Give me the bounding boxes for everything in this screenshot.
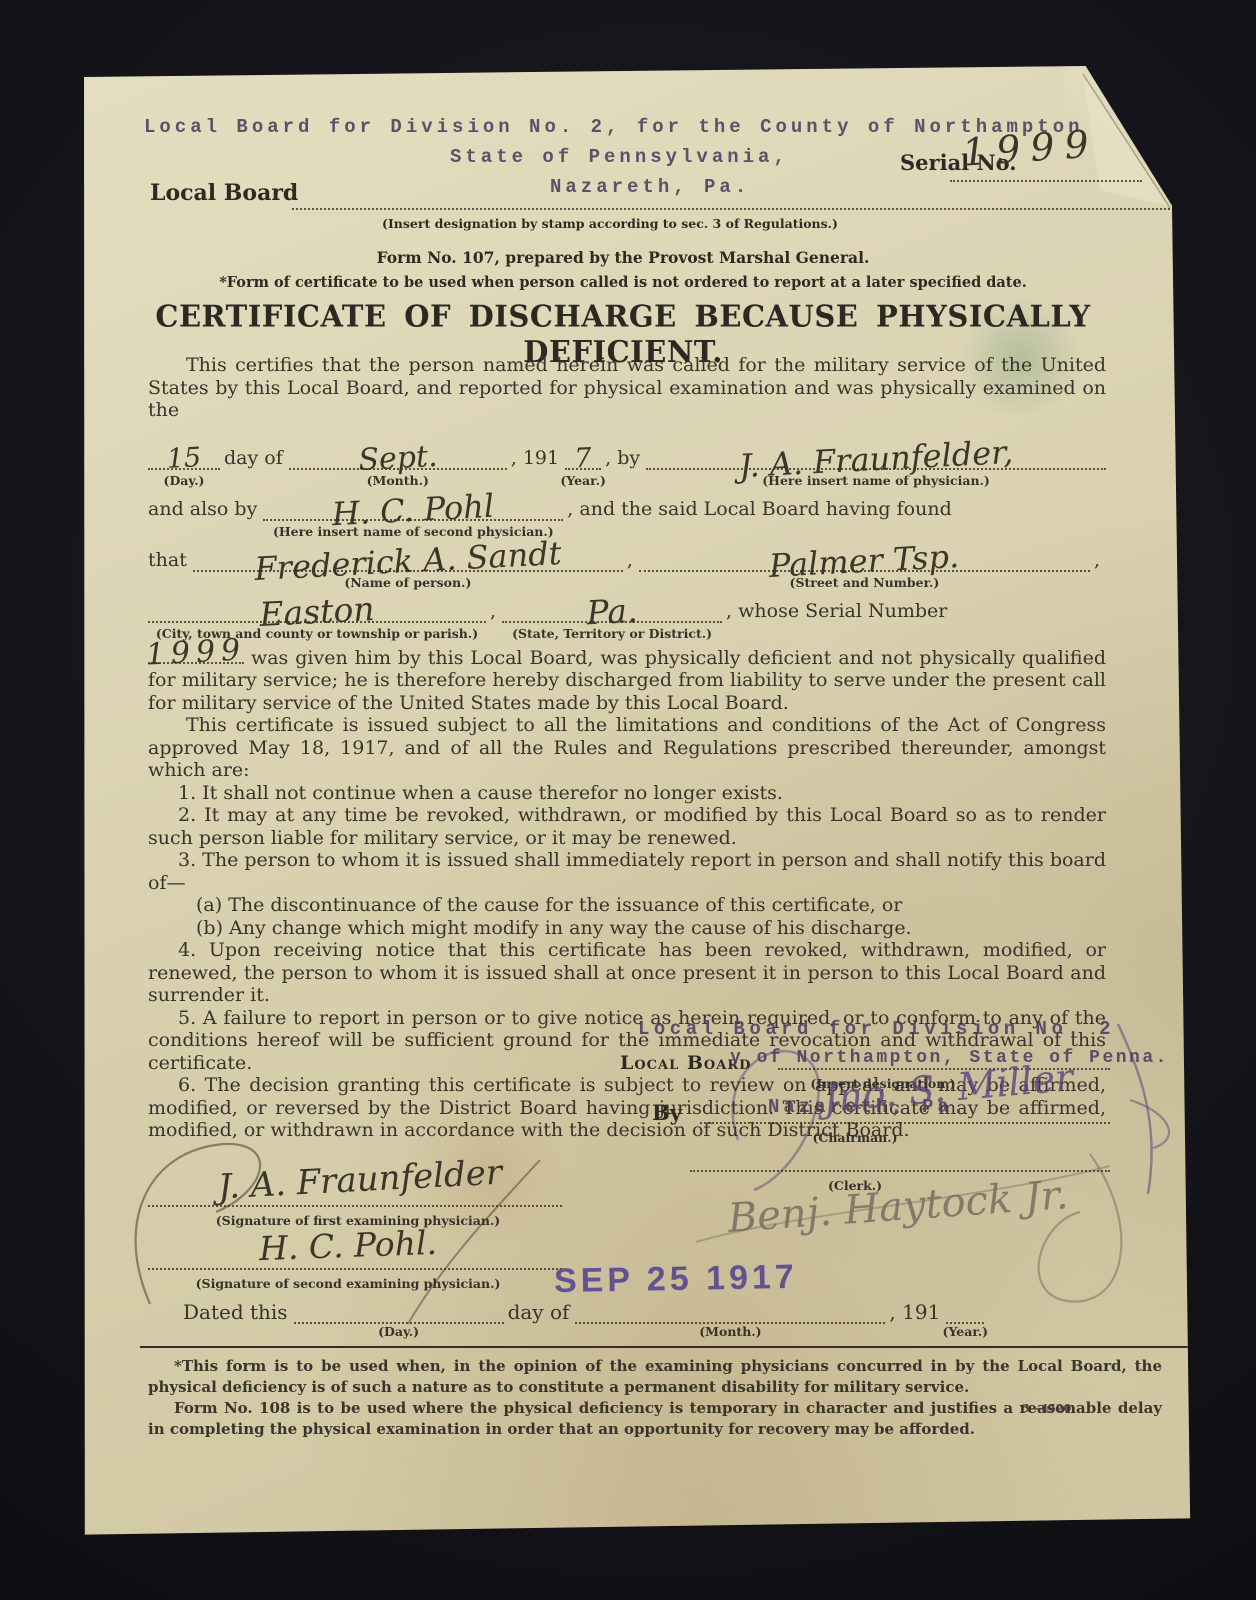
second-physician-sig-label: (Signature of second examining physician… [163, 1276, 533, 1291]
street-label: (Street and Number.) [790, 572, 940, 595]
board-stamp-line2: State of Pennsylvania, [450, 146, 789, 168]
physician-blank: J. A. Fraunfelder, (Here insert name of … [646, 434, 1106, 470]
day-label: (Day.) [164, 470, 205, 493]
clause-1: 1. It shall not continue when a cause th… [148, 782, 1106, 805]
street-blank: Palmer Tsp. (Street and Number.) [639, 536, 1090, 572]
comma-3: , [486, 600, 502, 623]
year-value: 7 [574, 448, 592, 471]
chairman-label: (Chairman.) [755, 1130, 955, 1145]
dated-day-of-text: day of [504, 1300, 576, 1324]
form-number-line: Form No. 107, prepared by the Provost Ma… [78, 248, 1168, 267]
board-stamp-line1: Local Board for Division No. 2, for the … [144, 116, 1084, 138]
board-stamp-line3: Nazareth, Pa. [550, 176, 750, 198]
clause-3a: (a) The discontinuance of the cause for … [196, 894, 1106, 917]
state-label: (State, Territory or District.) [512, 623, 712, 646]
day-blank: 15 (Day.) [148, 434, 220, 470]
local-board-blank-line [292, 208, 1190, 210]
conditions-intro: This certificate is issued subject to al… [148, 714, 1106, 782]
first-physician-signature: J. A. Fraunfelder [157, 1149, 563, 1210]
dated-year-prefix: , 191 [885, 1300, 946, 1324]
place-row: Easton (City, town and county or townshi… [148, 589, 1106, 623]
serial-repeat-value: 1999 [145, 639, 246, 667]
clause-3b: (b) Any change which might modify in any… [196, 917, 1106, 940]
intro-paragraph: This certifies that the person named her… [148, 354, 1106, 422]
state-value: Pa. [586, 600, 638, 625]
clerk-line [690, 1170, 1110, 1172]
physician-label: (Here insert name of physician.) [762, 470, 990, 493]
year-label: (Year.) [560, 470, 606, 493]
day-value: 15 [166, 447, 201, 471]
clause-3: 3. The person to whom it is issued shall… [148, 849, 1106, 894]
that-text: that [148, 549, 193, 572]
dated-day-blank: (Day.) [294, 1290, 504, 1324]
second-physician-line [148, 1268, 562, 1270]
form-usage-note: *Form of certificate to be used when per… [78, 274, 1168, 291]
day-of-text: day of [220, 447, 289, 470]
clause-2: 2. It may at any time be revoked, withdr… [148, 804, 1106, 849]
dated-year-blank: (Year.) [946, 1290, 984, 1324]
dated-day-label: (Day.) [378, 1324, 419, 1339]
certificate-document: Local Board for Division No. 2, for the … [78, 62, 1214, 1542]
year-prefix-text: , 191 [507, 447, 565, 470]
footnote-rule [140, 1346, 1190, 1348]
month-blank: Sept. (Month.) [289, 434, 507, 470]
discharge-paragraph: 1999 was given him by this Local Board, … [148, 640, 1106, 715]
year-blank: 7 (Year.) [565, 434, 601, 470]
dated-month-label: (Month.) [699, 1324, 761, 1339]
person-row: that Frederick A. Sandt (Name of person.… [148, 538, 1106, 572]
dated-this-text: Dated this [183, 1300, 294, 1324]
examination-date-row: 15 (Day.) day of Sept. (Month.) , 191 7 … [148, 436, 1106, 470]
having-found-text: , and the said Local Board having found [563, 498, 957, 521]
chairman-line [700, 1122, 1110, 1124]
comma-1: , [623, 549, 639, 572]
photo-background: Local Board for Division No. 2, for the … [0, 0, 1256, 1600]
dated-year-label: (Year.) [943, 1324, 989, 1339]
by-label: By [652, 1100, 682, 1125]
city-blank: Easton (City, town and county or townshi… [148, 587, 486, 623]
footnotes: *This form is to be used when, in the op… [148, 1356, 1162, 1440]
footnote-2: Form No. 108 is to be used where the phy… [148, 1398, 1162, 1440]
and-also-by-text: and also by [148, 498, 263, 521]
dated-month-blank: (Month.) [575, 1290, 885, 1324]
print-code: 3—4520 [1022, 1402, 1071, 1415]
whose-serial-text: , whose Serial Number [722, 600, 953, 623]
clerk-label: (Clerk.) [755, 1178, 955, 1193]
person-name-blank: Frederick A. Sandt (Name of person.) [193, 536, 623, 572]
comma-2: , [1090, 549, 1106, 572]
serial-number-value: 1999 [961, 121, 1100, 174]
footnote-1: *This form is to be used when, in the op… [148, 1356, 1162, 1398]
serial-repeat-blank: 1999 [148, 640, 244, 664]
second-physician-blank: H. C. Pohl (Here insert name of second p… [263, 485, 563, 521]
local-board-label: Local Board [150, 180, 298, 206]
first-physician-line [148, 1205, 562, 1207]
dated-row: Dated this (Day.) day of (Month.) , 191 … [183, 1292, 993, 1324]
discharge-text: was given him by this Local Board, was p… [148, 647, 1106, 714]
by-text: , by [601, 447, 646, 470]
serial-number-line [950, 180, 1142, 182]
designation-instruction: (Insert designation by stamp according t… [210, 216, 1010, 231]
state-blank: Pa. (State, Territory or District.) [502, 587, 722, 623]
division-stamp: Local Board for Division No. 2 [638, 1018, 1115, 1040]
clause-4: 4. Upon receiving notice that this certi… [148, 939, 1106, 1007]
